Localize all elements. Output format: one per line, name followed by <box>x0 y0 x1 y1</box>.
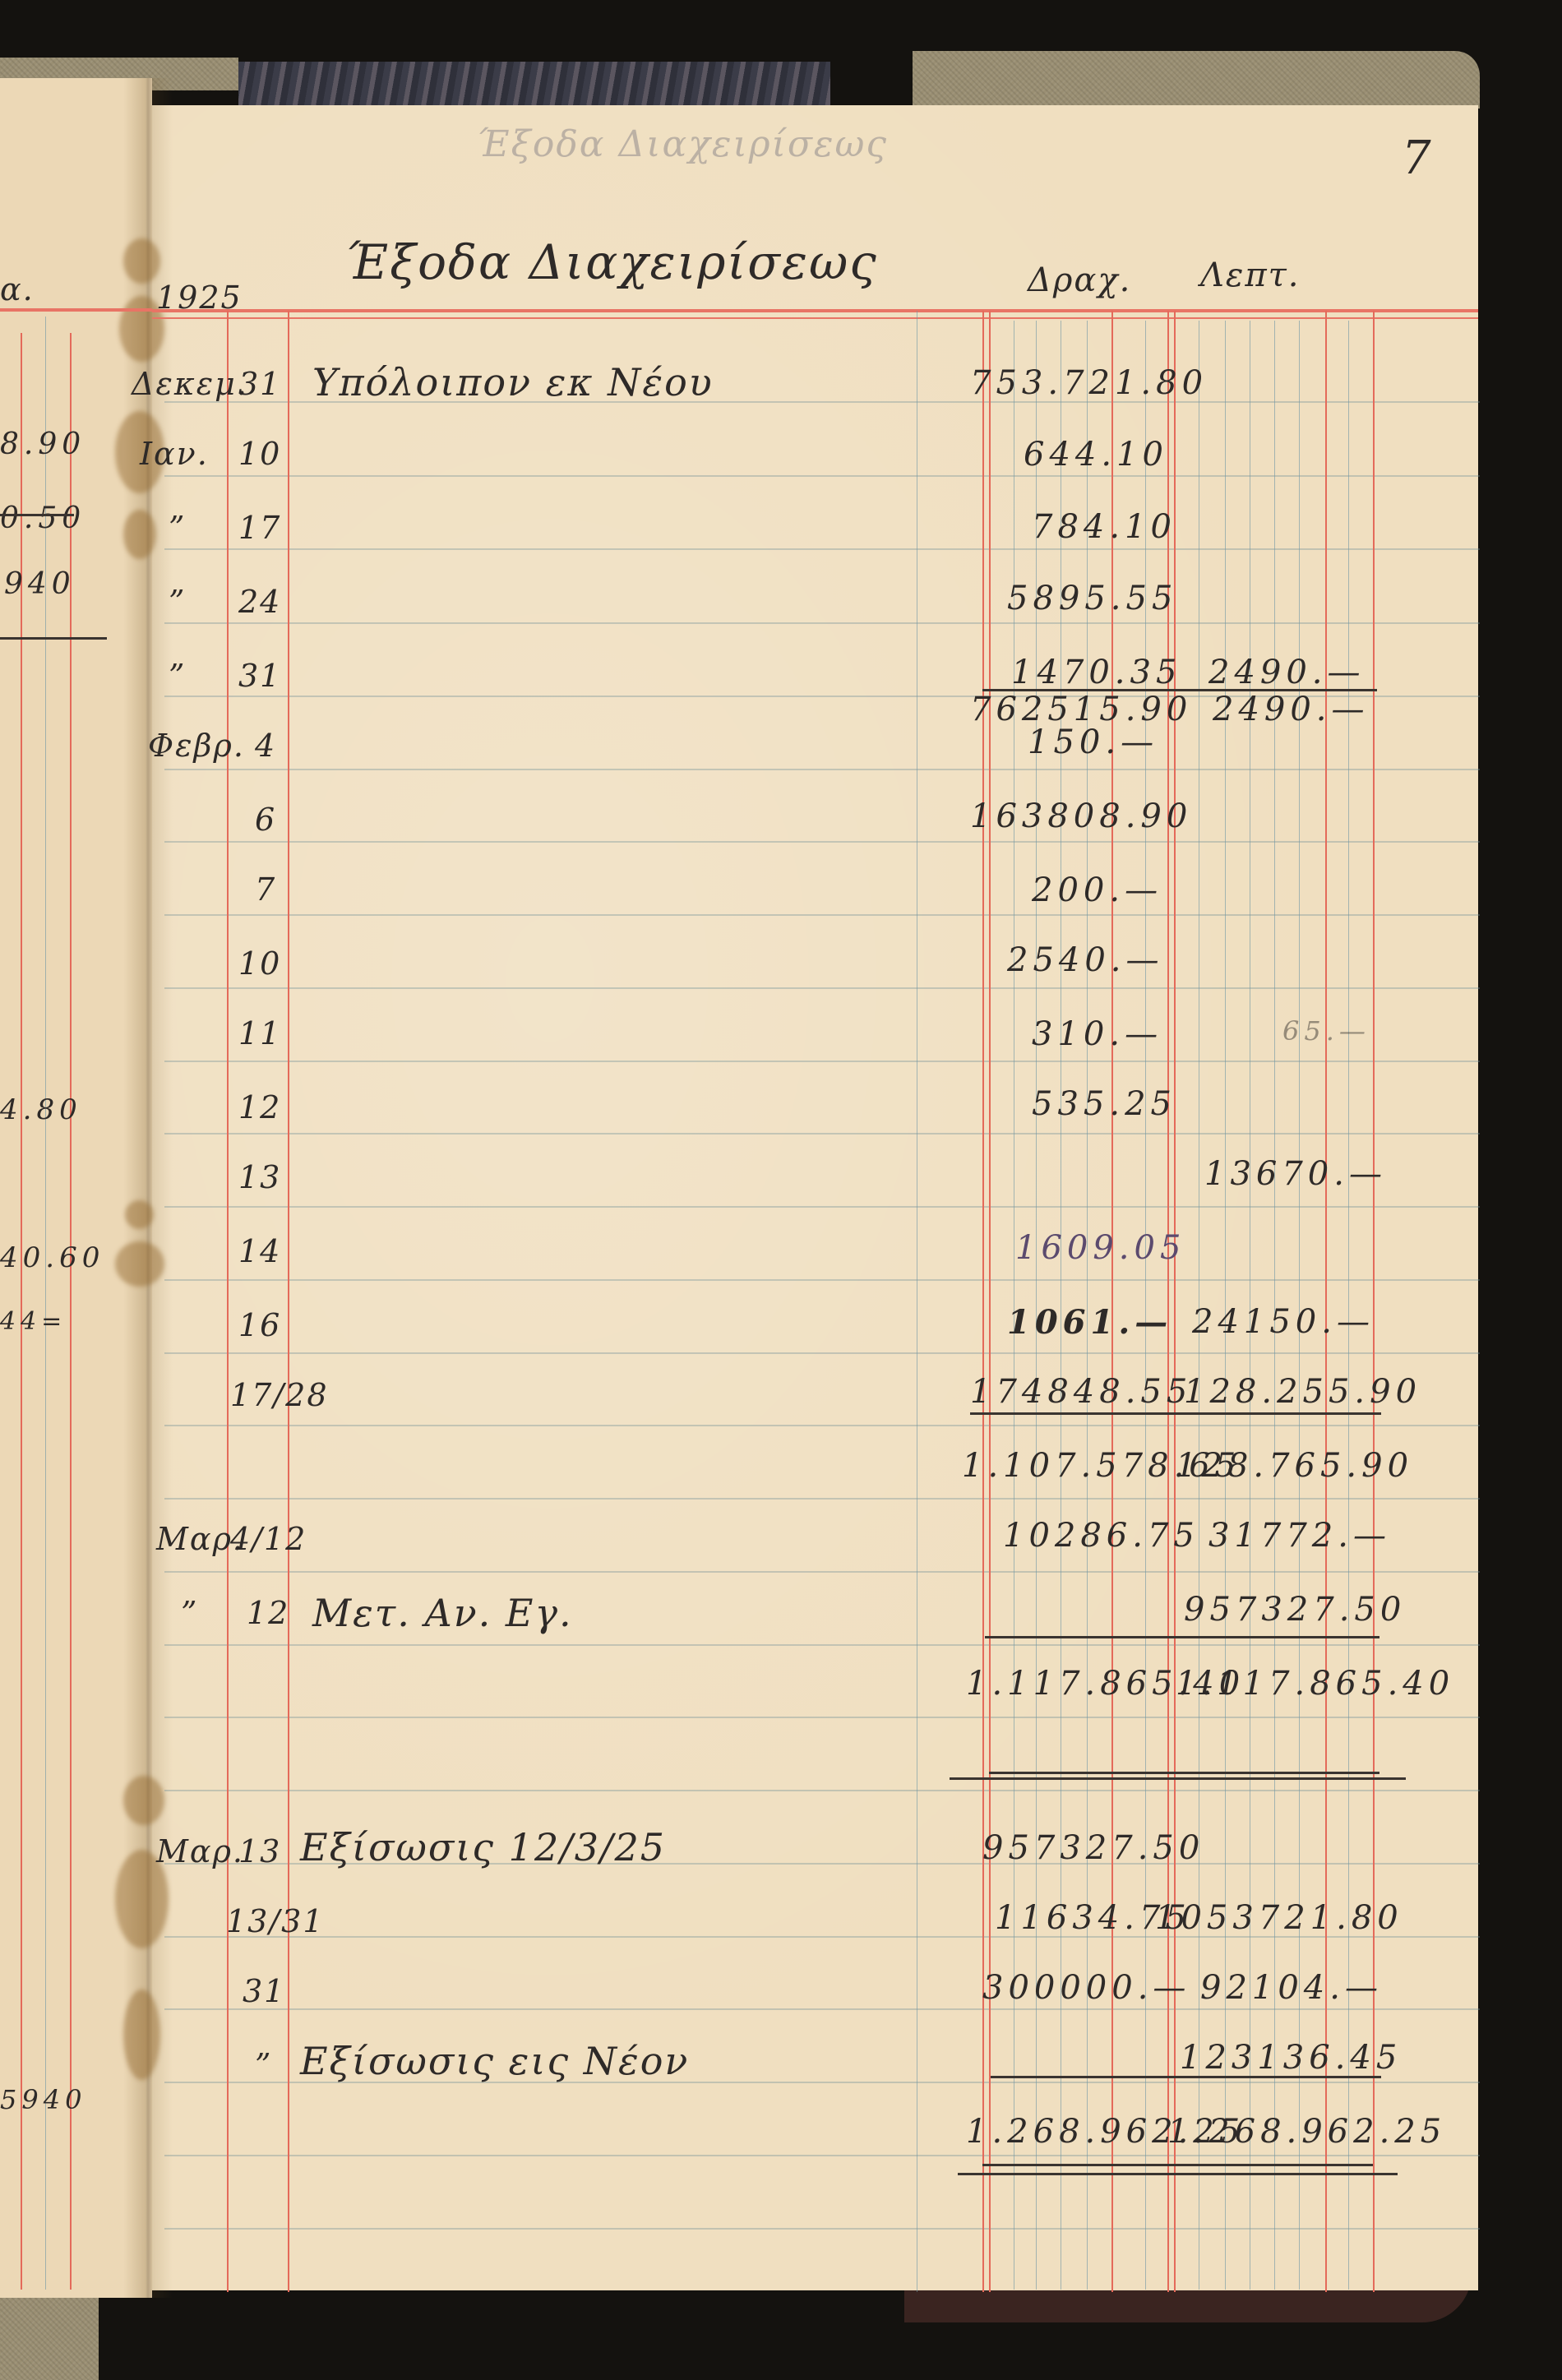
entry-debit: 300000.— <box>982 1969 1190 2007</box>
entry-month: ” <box>181 1595 198 1631</box>
double-total-rule <box>989 1772 1379 1774</box>
entry-description: Μετ. Αν. Εγ. <box>312 1591 573 1635</box>
entry-day: 14 <box>238 1233 281 1269</box>
pencil-heading: Έξοδα Διαχειρίσεως <box>477 123 888 165</box>
water-stain <box>123 1989 160 2080</box>
subtotal-credit: 128.765.90 <box>1176 1447 1413 1485</box>
year: 1925 <box>156 280 243 316</box>
entry-day: 13 <box>238 1159 281 1195</box>
entry-day: 10 <box>238 945 281 982</box>
entry-description: Υπόλοιπον εκ Νέου <box>312 360 714 404</box>
water-stain <box>115 1241 164 1287</box>
left-value: 44= <box>0 1307 67 1336</box>
entry-day: 11 <box>238 1015 281 1051</box>
left-value: 40.60 <box>0 1241 104 1274</box>
entry-debit: 535.25 <box>1032 1085 1176 1123</box>
left-value: 5940 <box>0 2084 86 2115</box>
entry-day: 12 <box>238 1089 281 1125</box>
water-stain <box>123 1776 164 1825</box>
left-sum-rule <box>0 514 74 516</box>
entry-credit: 957327.50 <box>1184 1591 1406 1629</box>
header-red-rule <box>152 309 1478 312</box>
left-header-fragment: α. <box>0 271 35 307</box>
entry-debit: 10286.75 <box>1003 1517 1199 1555</box>
ledger-page <box>152 105 1478 2290</box>
entry-day: 12 <box>247 1595 289 1631</box>
entry-day: 17/28 <box>230 1377 329 1413</box>
entry-credit: 13670.— <box>1204 1155 1387 1193</box>
entry-debit: 784.10 <box>1032 508 1176 546</box>
entry-day: 17 <box>238 510 281 546</box>
entry-description: Εξίσωσις εις Νέον <box>300 2039 689 2083</box>
entry-debit: 644.10 <box>1024 436 1168 474</box>
water-stain <box>123 238 160 284</box>
entry-day: 4/12 <box>230 1521 307 1557</box>
entry-credit: 65.— <box>1282 1015 1370 1047</box>
entry-month: ” <box>169 658 186 694</box>
left-value: 940 <box>4 567 76 601</box>
entry-credit: 92104.— <box>1200 1969 1383 2007</box>
entry-day: 13 <box>238 1833 281 1869</box>
entry-day: ” <box>255 2047 272 2083</box>
double-total-rule <box>950 1777 1406 1780</box>
subtotal-rule <box>970 1412 1381 1415</box>
entry-debit: 174848.55 <box>970 1373 1192 1411</box>
left-value: 0.50 <box>0 501 85 535</box>
entry-credit: 2490.— <box>1208 654 1366 691</box>
entry-day: 31 <box>243 1973 285 2009</box>
entry-day: 7 <box>255 871 276 908</box>
entry-debit: 1470.35 <box>1011 654 1181 691</box>
entry-debit: 163808.90 <box>970 797 1192 835</box>
entry-month: Δεκεμ. <box>132 366 248 402</box>
entry-description: Εξίσωσις 12/3/25 <box>300 1825 666 1869</box>
double-total-rule <box>982 2164 1373 2166</box>
entry-debit: 310.— <box>1032 1015 1162 1053</box>
total-rule <box>985 1636 1379 1638</box>
entry-month: Μαρ. <box>156 1833 244 1869</box>
entry-day: 31 <box>238 658 281 694</box>
entry-day: 24 <box>238 584 281 620</box>
water-stain <box>125 1200 154 1229</box>
entry-debit: 753.721.80 <box>970 364 1208 402</box>
book-cover-cloth-bottom-left <box>0 2285 99 2380</box>
entry-day: 4 <box>255 728 276 764</box>
page-gutter <box>123 78 173 2298</box>
entry-day: 10 <box>238 436 281 472</box>
left-header-red-rule <box>0 308 152 312</box>
header-red-rule-thin <box>152 317 1478 319</box>
water-stain <box>123 510 156 559</box>
entry-credit: 128.255.90 <box>1184 1373 1421 1411</box>
total-rule <box>991 2076 1381 2078</box>
left-value: 8.90 <box>0 427 85 461</box>
total-credit: 1.268.962.25 <box>1167 2113 1446 2151</box>
entry-debit: 5895.55 <box>1007 580 1177 617</box>
entry-day: 31 <box>238 366 281 402</box>
page-title: Έξοδα Διαχειρίσεως <box>345 234 878 290</box>
entry-month: Φεβρ. <box>148 728 245 764</box>
entry-debit: 150.— <box>1028 723 1158 761</box>
book-cover-cloth-right <box>913 51 1480 109</box>
entry-day: 13/31 <box>226 1903 325 1939</box>
entry-debit: 1609.05 <box>1015 1229 1185 1267</box>
column-header-credit: Λεπτ. <box>1200 256 1300 294</box>
entry-debit: 957327.50 <box>982 1829 1204 1867</box>
entry-month: ” <box>169 584 186 620</box>
column-header-debit: Δραχ. <box>1028 261 1131 299</box>
entry-credit: 123136.45 <box>1180 2039 1402 2077</box>
entry-credit: 31772.— <box>1208 1517 1391 1555</box>
entry-debit: 1061.— <box>1007 1303 1172 1342</box>
entry-debit: 2540.— <box>1007 941 1164 979</box>
entry-month: Ιαν. <box>140 436 209 472</box>
total-credit: 1.117.865.40 <box>1176 1665 1454 1703</box>
entry-credit: 1053721.80 <box>1155 1899 1403 1937</box>
left-value: 4.80 <box>0 1093 82 1126</box>
entry-month: ” <box>169 510 186 546</box>
entry-debit: 200.— <box>1032 871 1162 909</box>
entry-day: 16 <box>238 1307 281 1343</box>
page-number: 7 <box>1402 132 1433 185</box>
double-total-rule <box>958 2173 1398 2175</box>
left-sum-rule <box>0 637 107 640</box>
entry-day: 6 <box>255 802 276 838</box>
entry-credit: 24150.— <box>1192 1303 1375 1341</box>
book-spine-tape <box>238 62 830 107</box>
subtotal-credit: 2490.— <box>1213 691 1370 728</box>
